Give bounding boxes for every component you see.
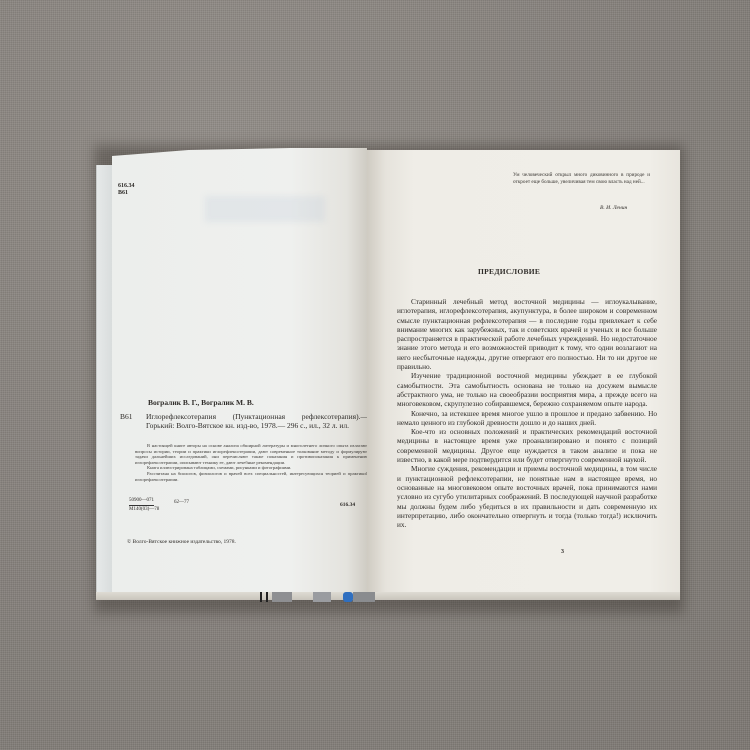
preface-paragraph: Старинный лечебный метод восточной медиц…: [397, 297, 657, 371]
cover-edge: [96, 165, 113, 595]
section-heading: ПРЕДИСЛОВИЕ: [478, 267, 540, 276]
abstract: В настоящей книге авторы на основе анали…: [135, 443, 368, 482]
preface-paragraph: Кое-что из основных положений и практиче…: [397, 427, 657, 464]
isbn-suffix: 62—77: [174, 500, 189, 505]
spine-marks: [258, 592, 398, 602]
abstract-paragraph: Рассчитана на биологов, физиологов и вра…: [135, 471, 368, 482]
abstract-paragraph: В настоящей книге авторы на основе анали…: [135, 443, 368, 465]
isbn-numerator: 50900—071: [129, 497, 154, 506]
preface-paragraph: Изучение традиционной восточной медицины…: [397, 371, 657, 408]
show-through-print: [205, 196, 325, 222]
copyright: © Волго-Вятское книжное издательство, 19…: [127, 539, 236, 545]
open-book: 616.34 В61 Вогралик В. Г., Вогралик М. В…: [0, 0, 750, 750]
udc-bottom: 616.34: [340, 502, 355, 508]
epigraph-author: В. И. Ленин: [600, 205, 627, 211]
isbn-fraction: 50900—071 М140(03)—78: [129, 497, 159, 514]
bibliographic-entry: Иглорефлексотерапия (Пунктационная рефле…: [146, 412, 368, 430]
catalog-code: В61: [120, 412, 133, 421]
preface-paragraph: Многие суждения, рекомендации и приемы в…: [397, 464, 657, 529]
library-code: В61: [118, 190, 135, 197]
authors: Вогралик В. Г., Вогралик М. В.: [148, 398, 254, 407]
epigraph: Ум человеческий открыл много диковинного…: [513, 172, 650, 185]
preface-paragraph: Конечно, за истекшее время многое ушло в…: [397, 409, 657, 428]
isbn-denominator: М140(03)—78: [129, 506, 159, 514]
udc-code: 616.34: [118, 183, 135, 190]
preface-text: Старинный лечебный метод восточной медиц…: [397, 297, 657, 529]
udc-code-block: 616.34 В61: [118, 183, 135, 197]
page-number: 3: [561, 549, 564, 555]
